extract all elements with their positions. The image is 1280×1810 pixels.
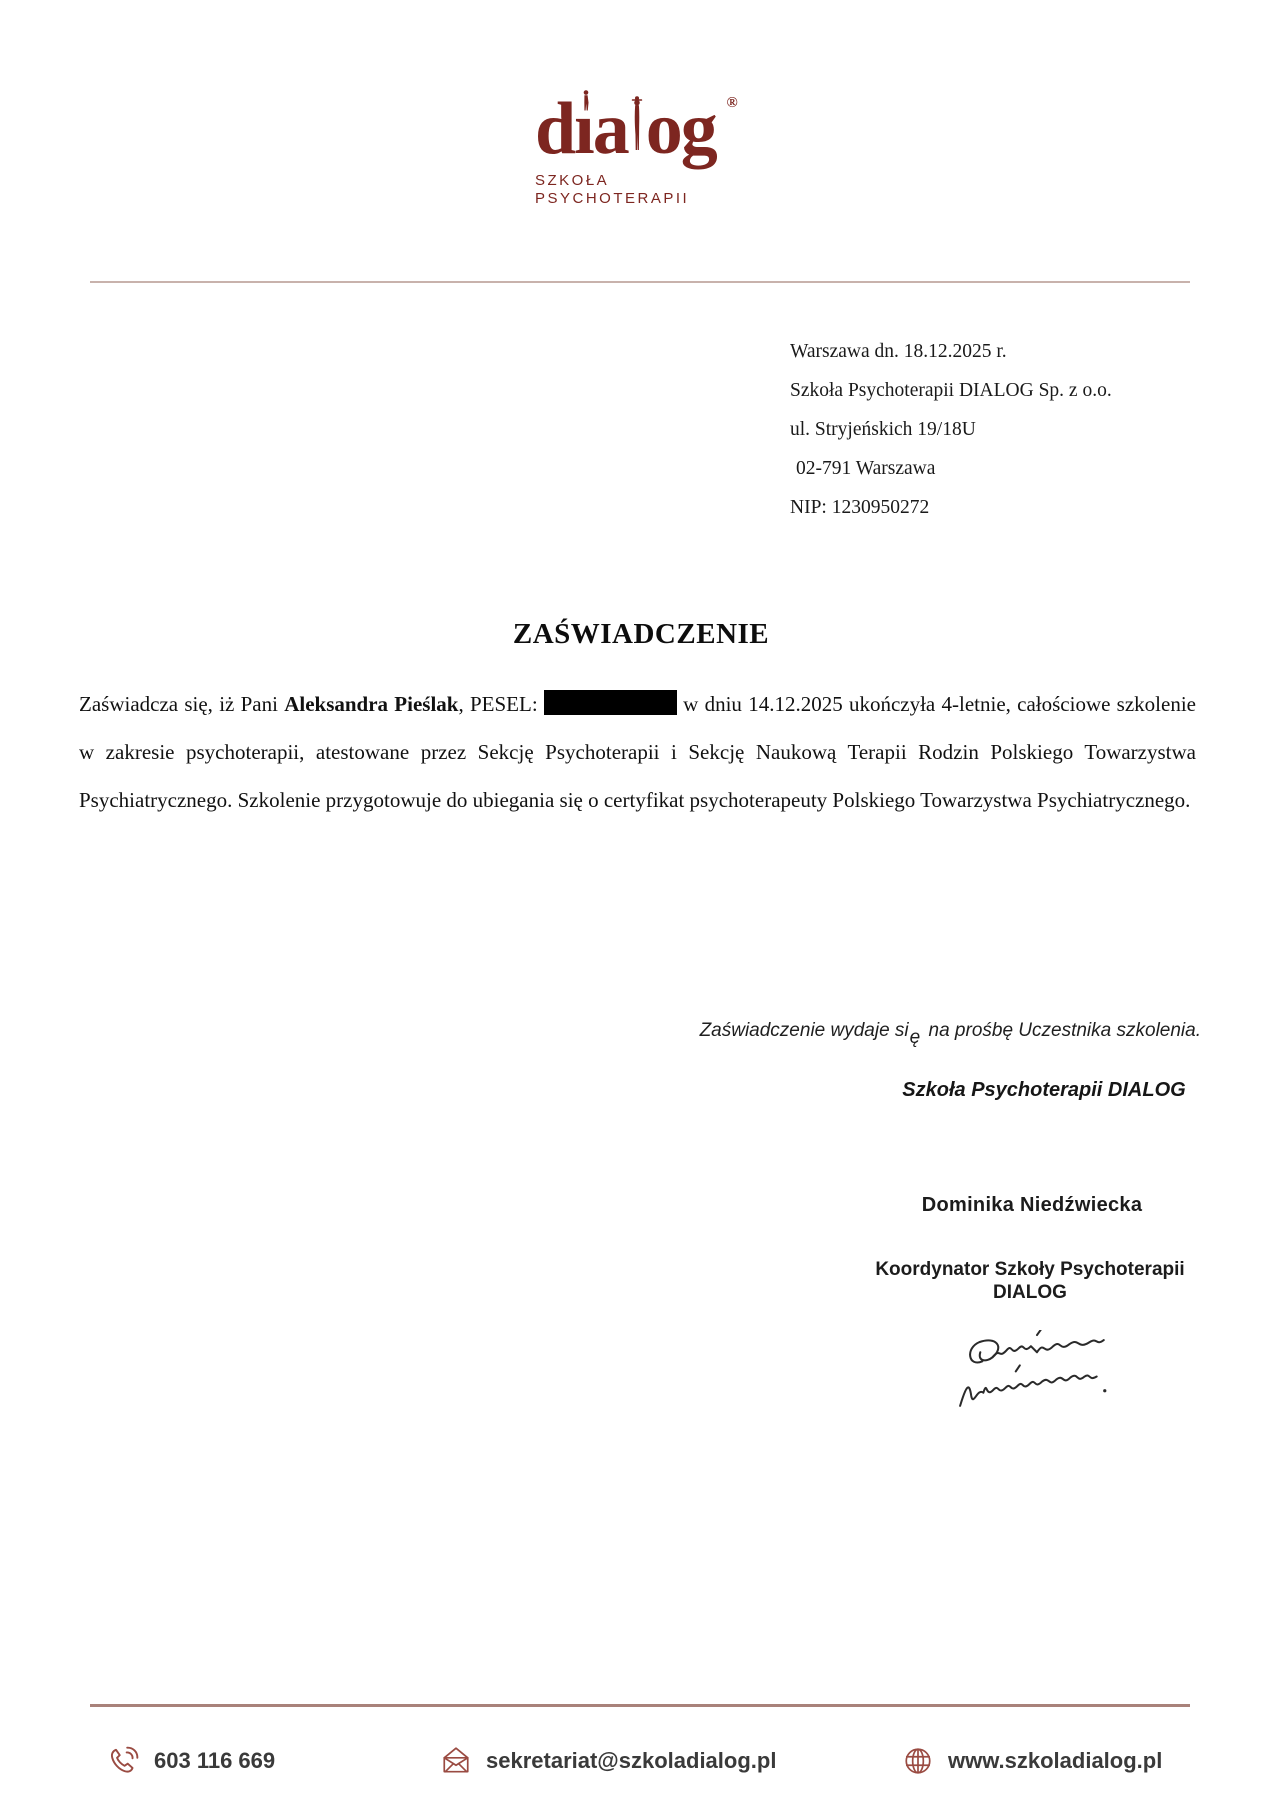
signatory-role: Koordynator Szkoły Psychoterapii DIALOG xyxy=(875,1258,1184,1304)
body-intro: Zaświadcza się, iż Pani xyxy=(79,692,284,716)
document-title: ZAŚWIADCZENIE xyxy=(513,618,769,651)
issuance-note: Zaświadczenie wydaje się na prośbę Uczes… xyxy=(700,1020,1201,1042)
handwritten-signature xyxy=(952,1330,1124,1418)
issuer-name: Szkoła Psychoterapii DIALOG xyxy=(902,1079,1185,1102)
footer-website-text: www.szkoladialog.pl xyxy=(948,1748,1162,1774)
envelope-icon xyxy=(440,1745,472,1777)
nip-line: NIP: 1230950272 xyxy=(790,488,1112,527)
certificate-body: Zaświadcza się, iż Pani Aleksandra Pieśl… xyxy=(79,680,1196,824)
company-line: Szkoła Psychoterapii DIALOG Sp. z o.o. xyxy=(790,371,1112,410)
footer-email-text: sekretariat@szkoladialog.pl xyxy=(486,1748,776,1774)
note-post: na prośbę Uczestnika szkolenia. xyxy=(929,1020,1201,1041)
pesel-redaction-box xyxy=(544,690,677,715)
participant-name: Aleksandra Pieślak xyxy=(284,692,458,716)
signatory-name: Dominika Niedźwiecka xyxy=(922,1194,1143,1217)
signatory-role-line1: Koordynator Szkoły Psychoterapii xyxy=(875,1258,1184,1281)
note-dropped-letter: ę xyxy=(910,1027,921,1049)
logo: dıa og ® SZKOŁA PSYCHOTERAPII xyxy=(535,92,716,208)
footer-website: www.szkoladialog.pl xyxy=(902,1745,1162,1777)
footer-phone-text: 603 116 669 xyxy=(154,1748,275,1774)
footer-email: sekretariat@szkoladialog.pl xyxy=(440,1745,776,1777)
logo-subtitle: SZKOŁA PSYCHOTERAPII xyxy=(535,172,716,208)
date-line: Warszawa dn. 18.12.2025 r. xyxy=(790,332,1112,371)
person-figure-icon xyxy=(630,96,644,153)
certificate-page: dıa og ® SZKOŁA PSYCHOTERAPII Warszawa d… xyxy=(0,0,1280,1810)
phone-icon xyxy=(108,1745,140,1777)
address-block: Warszawa dn. 18.12.2025 r. Szkoła Psycho… xyxy=(790,332,1112,527)
logo-word-right: og xyxy=(646,88,716,170)
footer-phone: 603 116 669 xyxy=(108,1745,275,1777)
logo-wordmark: dıa og ® xyxy=(535,92,716,166)
registered-trademark: ® xyxy=(727,96,738,111)
footer-divider xyxy=(90,1704,1190,1707)
logo-subtitle-line2: PSYCHOTERAPII xyxy=(535,190,716,208)
globe-icon xyxy=(902,1745,934,1777)
pesel-label: , PESEL: xyxy=(458,692,543,716)
person-figure-icon xyxy=(581,90,591,111)
postal-city-line: 02-791 Warszawa xyxy=(790,449,1112,488)
signatory-role-line2: DIALOG xyxy=(875,1281,1184,1304)
street-line: ul. Stryjeńskich 19/18U xyxy=(790,410,1112,449)
logo-subtitle-line1: SZKOŁA xyxy=(535,172,716,190)
header-divider xyxy=(90,281,1190,283)
note-pre: Zaświadczenie wydaje si xyxy=(700,1020,909,1041)
